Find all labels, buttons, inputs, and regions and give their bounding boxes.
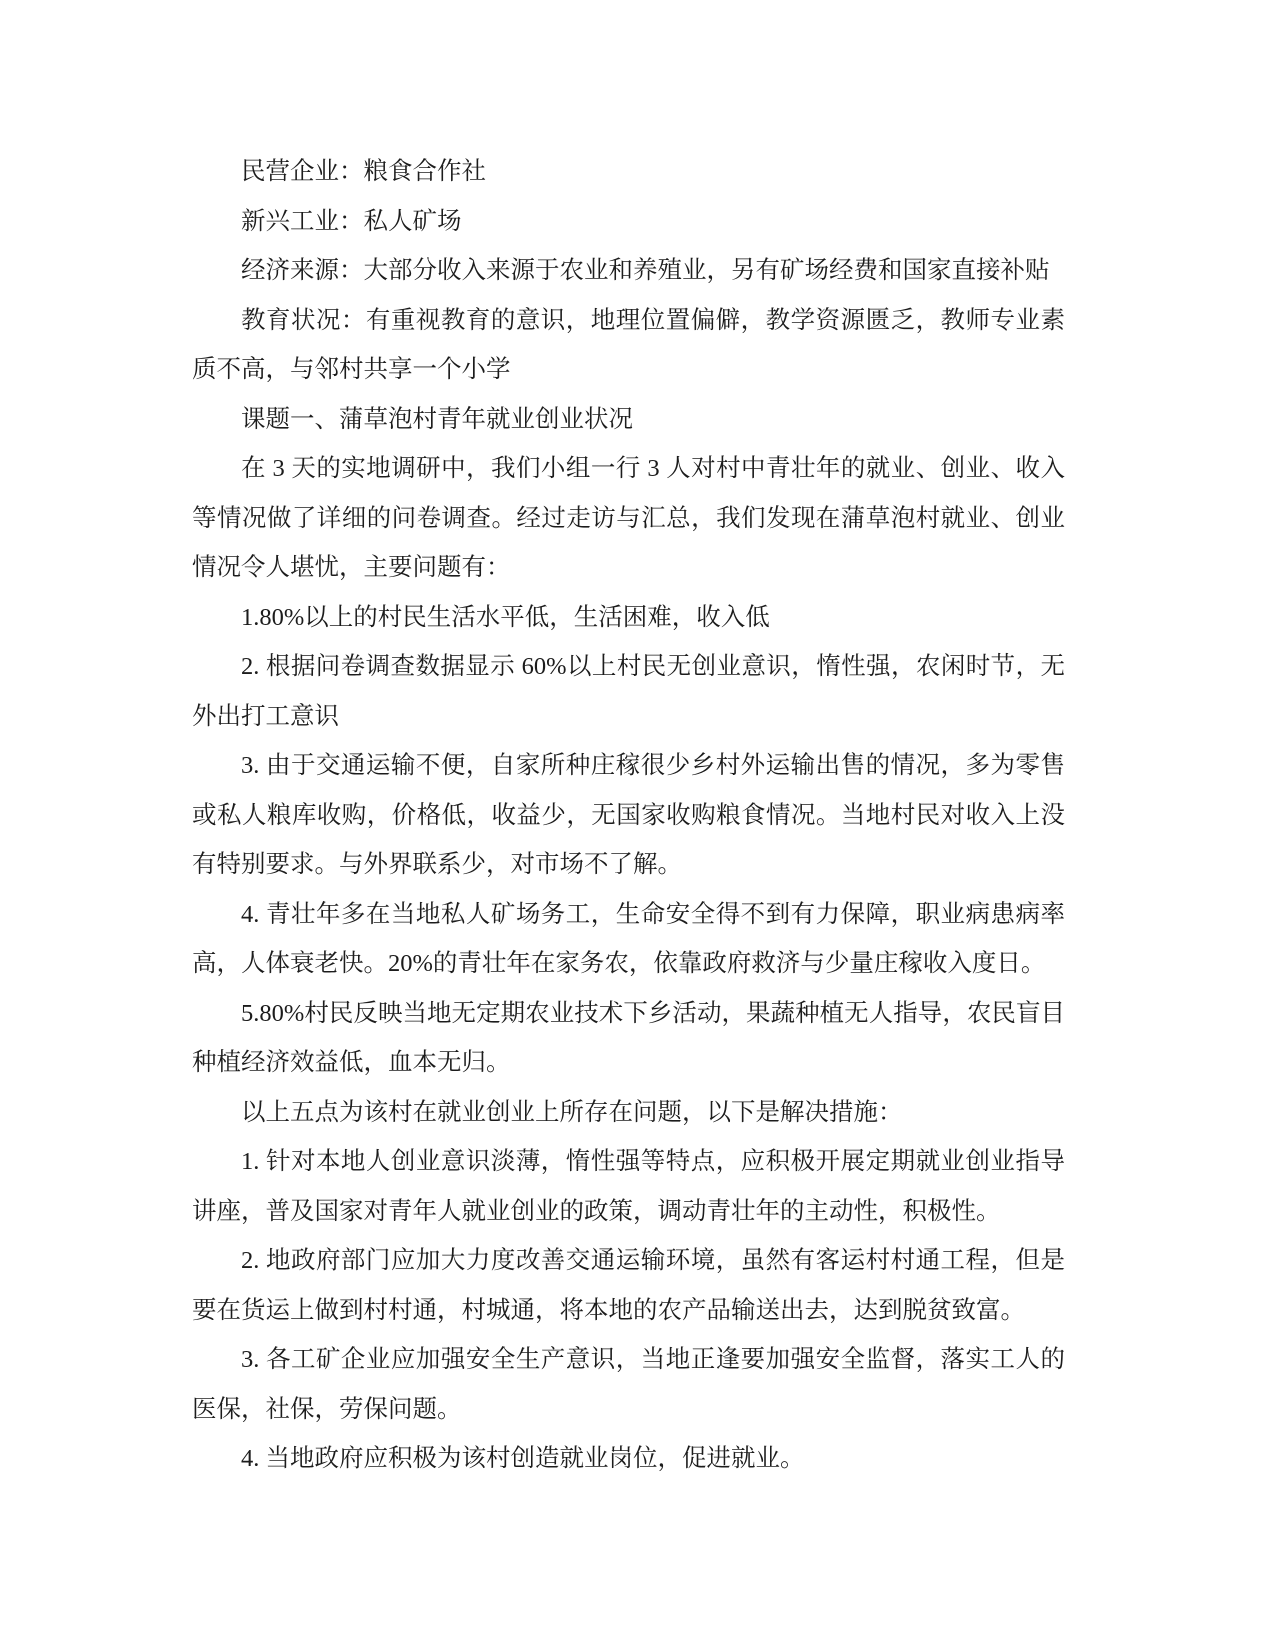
document-body: 民营企业：粮食合作社 新兴工业：私人矿场 经济来源：大部分收入来源于农业和养殖业… (192, 147, 1065, 1484)
paragraph-private-enterprise: 民营企业：粮食合作社 (192, 147, 1065, 197)
paragraph-topic-heading: 课题一、蒲草泡村青年就业创业状况 (192, 395, 1065, 445)
paragraph-problem-4: 4. 青壮年多在当地私人矿场务工，生命安全得不到有力保障，职业病患病率高，人体衰… (192, 890, 1065, 989)
paragraph-education-status: 教育状况：有重视教育的意识，地理位置偏僻，教学资源匮乏，教师专业素质不高，与邻村… (192, 296, 1065, 395)
paragraph-solution-3: 3. 各工矿企业应加强安全生产意识，当地正逢要加强安全监督，落实工人的医保，社保… (192, 1335, 1065, 1434)
paragraph-solution-2: 2. 地政府部门应加大力度改善交通运输环境，虽然有客运村村通工程，但是要在货运上… (192, 1236, 1065, 1335)
paragraph-solution-1: 1. 针对本地人创业意识淡薄，惰性强等特点，应积极开展定期就业创业指导讲座，普及… (192, 1137, 1065, 1236)
paragraph-survey-intro: 在 3 天的实地调研中，我们小组一行 3 人对村中青壮年的就业、创业、收入等情况… (192, 444, 1065, 593)
document-page: 民营企业：粮食合作社 新兴工业：私人矿场 经济来源：大部分收入来源于农业和养殖业… (0, 0, 1275, 1650)
paragraph-problem-2: 2. 根据问卷调查数据显示 60%以上村民无创业意识，惰性强，农闲时节，无外出打… (192, 642, 1065, 741)
paragraph-problem-5: 5.80%村民反映当地无定期农业技术下乡活动，果蔬种植无人指导，农民盲目种植经济… (192, 989, 1065, 1088)
paragraph-solutions-intro: 以上五点为该村在就业创业上所存在问题，以下是解决措施： (192, 1088, 1065, 1138)
paragraph-new-industry: 新兴工业：私人矿场 (192, 197, 1065, 247)
paragraph-problem-1: 1.80%以上的村民生活水平低，生活困难，收入低 (192, 593, 1065, 643)
paragraph-solution-4: 4. 当地政府应积极为该村创造就业岗位，促进就业。 (192, 1434, 1065, 1484)
paragraph-economic-source: 经济来源：大部分收入来源于农业和养殖业，另有矿场经费和国家直接补贴 (192, 246, 1065, 296)
paragraph-problem-3: 3. 由于交通运输不便，自家所种庄稼很少乡村外运输出售的情况，多为零售或私人粮库… (192, 741, 1065, 890)
